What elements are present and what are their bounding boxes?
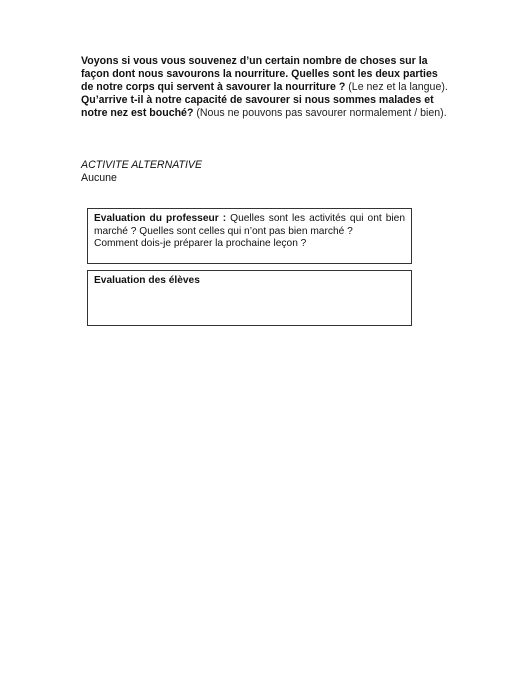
paragraph-line: de notre corps qui servent à savourer la…: [81, 81, 423, 94]
alternative-activity-value: Aucune: [81, 172, 117, 185]
teacher-evaluation-line: Evaluation du professeur : Quelles sont …: [94, 213, 405, 226]
student-evaluation-box: Evaluation des élèves: [87, 270, 412, 326]
student-evaluation-label: Evaluation des élèves: [94, 275, 200, 286]
paragraph-line: façon dont nous savourons la nourriture.…: [81, 68, 423, 81]
teacher-evaluation-box: Evaluation du professeur : Quelles sont …: [87, 208, 412, 264]
teacher-evaluation-line: Comment dois-je préparer la prochaine le…: [94, 238, 405, 251]
alternative-activity-heading: ACTIVITE ALTERNATIVE: [81, 159, 202, 172]
teacher-evaluation-label: Evaluation du professeur :: [94, 213, 226, 224]
intro-paragraph: Voyons si vous vous souvenez d’un certai…: [81, 55, 423, 120]
paragraph-line: Qu’arrive t-il à notre capacité de savou…: [81, 94, 423, 107]
teacher-evaluation-line: marché ? Quelles sont celles qui n’ont p…: [94, 226, 405, 239]
paragraph-line: notre nez est bouché? (Nous ne pouvons p…: [81, 107, 423, 120]
document-page: Voyons si vous vous souvenez d’un certai…: [0, 0, 532, 688]
paragraph-line: Voyons si vous vous souvenez d’un certai…: [81, 55, 423, 68]
